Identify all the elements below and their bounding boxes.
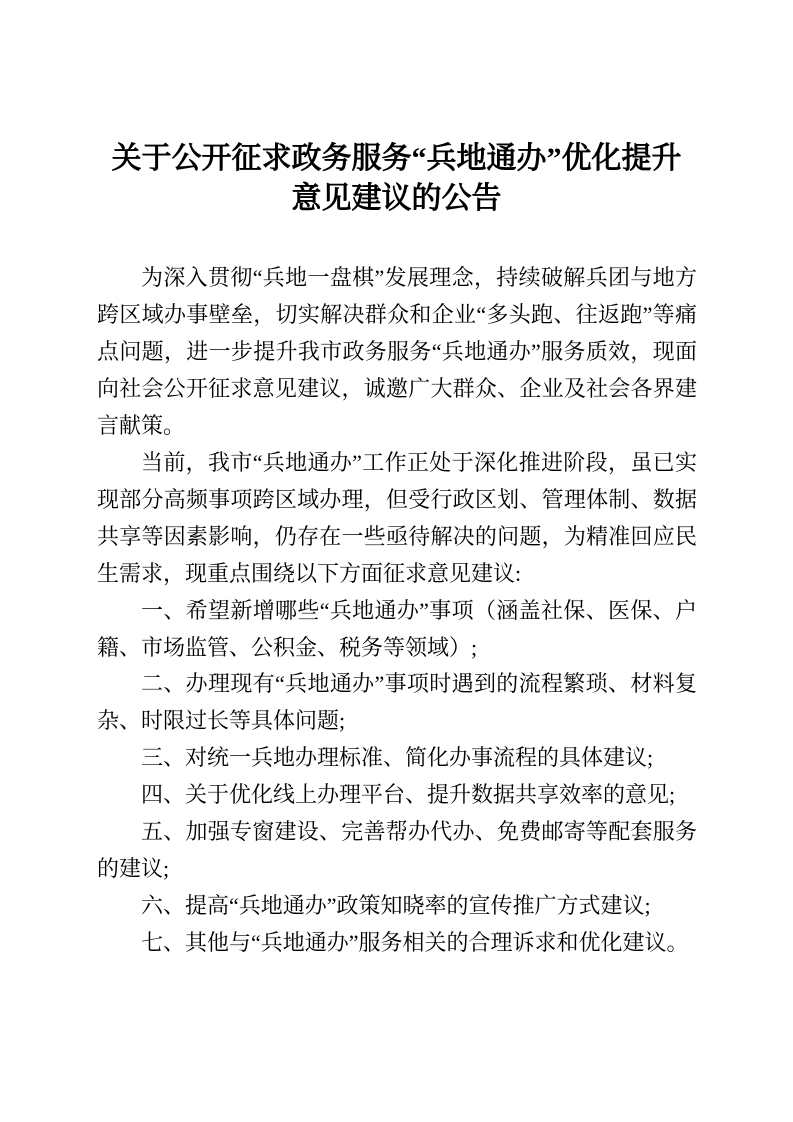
paragraph-item-6: 六、提高“兵地通办”政策知晓率的宣传推广方式建议; bbox=[97, 888, 697, 925]
document-body: 为深入贯彻“兵地一盘棋”发展理念，持续破解兵团与地方跨区域办事壁垒，切实解决群众… bbox=[97, 260, 697, 962]
document-page: 关于公开征求政务服务“兵地通办”优化提升 意见建议的公告 为深入贯彻“兵地一盘棋… bbox=[0, 0, 793, 1122]
title-line-1: 关于公开征求政务服务“兵地通办”优化提升 bbox=[95, 139, 698, 179]
paragraph-intro: 为深入贯彻“兵地一盘棋”发展理念，持续破解兵团与地方跨区域办事壁垒，切实解决群众… bbox=[97, 260, 697, 445]
title-line-2: 意见建议的公告 bbox=[95, 179, 698, 219]
paragraph-current-status: 当前，我市“兵地通办”工作正处于深化推进阶段，虽已实现部分高频事项跨区域办理，但… bbox=[97, 445, 697, 593]
paragraph-item-5: 五、加强专窗建设、完善帮办代办、免费邮寄等配套服务的建议; bbox=[97, 814, 697, 888]
document-title: 关于公开征求政务服务“兵地通办”优化提升 意见建议的公告 bbox=[95, 139, 698, 219]
paragraph-item-2: 二、办理现有“兵地通办”事项时遇到的流程繁琐、材料复杂、时限过长等具体问题; bbox=[97, 666, 697, 740]
paragraph-item-4: 四、关于优化线上办理平台、提升数据共享效率的意见; bbox=[97, 777, 697, 814]
paragraph-item-3: 三、对统一兵地办理标准、简化办事流程的具体建议; bbox=[97, 740, 697, 777]
paragraph-item-7: 七、其他与“兵地通办”服务相关的合理诉求和优化建议。 bbox=[97, 925, 697, 962]
paragraph-item-1: 一、希望新增哪些“兵地通办”事项（涵盖社保、医保、户籍、市场监管、公积金、税务等… bbox=[97, 593, 697, 667]
